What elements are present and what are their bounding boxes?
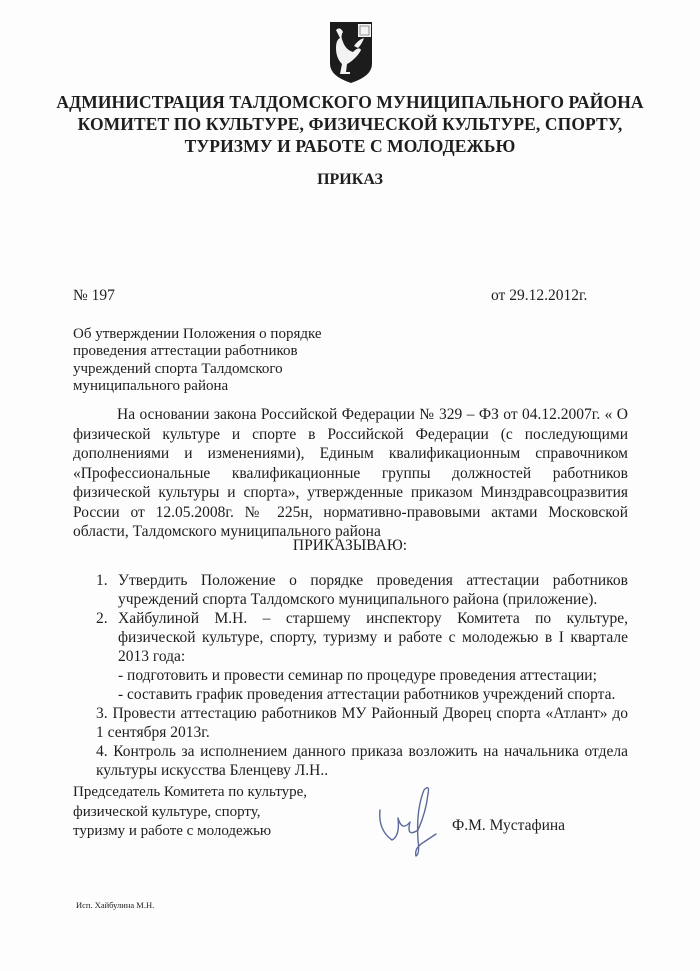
item-3-line: 1 сентября 2013г. xyxy=(96,723,628,742)
item-2-line: физической культуре, спорту, туризму и р… xyxy=(118,628,628,647)
preamble-line: «Профессиональные квалификационные групп… xyxy=(73,464,628,484)
handwritten-signature-icon xyxy=(376,782,448,858)
signatory-position: Председатель Комитета по культуре, физич… xyxy=(73,783,307,842)
list-item-1: Утвердить Положение о порядке проведения… xyxy=(118,571,628,609)
preamble-line: физической культуре и спорте в Российско… xyxy=(73,425,628,445)
document-page: АДМИНИСТРАЦИЯ ТАЛДОМСКОГО МУНИЦИПАЛЬНОГО… xyxy=(0,0,700,971)
preamble-paragraph: На основании закона Российской Федерации… xyxy=(73,405,628,542)
item-2-line: Хайбулиной М.Н. – старшему инспектору Ко… xyxy=(118,609,628,628)
subject-line: учреждений спорта Талдомского xyxy=(73,361,322,378)
item-1-line: Утвердить Положение о порядке проведения… xyxy=(118,571,628,590)
executor-note: Исп. Хайбулина М.Н. xyxy=(76,900,154,910)
order-subject: Об утверждении Положения о порядке прове… xyxy=(73,326,322,395)
position-line: Председатель Комитета по культуре, xyxy=(73,783,307,803)
header-line-committee-cont: ТУРИЗМУ И РАБОТЕ С МОЛОДЕЖЬЮ xyxy=(40,135,660,157)
list-item-3: 3. Провести аттестацию работников МУ Рай… xyxy=(96,704,628,742)
preamble-line: физической культуры и спорта», утвержден… xyxy=(73,483,628,503)
order-date: от 29.12.2012г. xyxy=(491,287,587,304)
list-item-2: Хайбулиной М.Н. – старшему инспектору Ко… xyxy=(118,609,628,704)
header-line-committee: КОМИТЕТ ПО КУЛЬТУРЕ, ФИЗИЧЕСКОЙ КУЛЬТУРЕ… xyxy=(40,113,660,135)
position-line: физической культуре, спорту, xyxy=(73,803,307,823)
taldom-coat-of-arms-icon xyxy=(328,20,374,84)
subject-line: Об утверждении Положения о порядке xyxy=(73,326,322,343)
list-item-4: 4. Контроль за исполнением данного прика… xyxy=(96,742,628,780)
item-4-line: культуры искусства Бленцеву Л.Н.. xyxy=(96,761,628,780)
item-4-line: 4. Контроль за исполнением данного прика… xyxy=(96,742,628,761)
item-2-subtask: - подготовить и провести семинар по проц… xyxy=(118,666,628,685)
preamble-line: На основании закона Российской Федерации… xyxy=(73,405,628,425)
subject-line: муниципального района xyxy=(73,378,322,395)
item-1-line: учреждений спорта Талдомского муниципаль… xyxy=(118,590,628,609)
order-word: ПРИКАЗЫВАЮ: xyxy=(0,537,700,555)
header-line-administration: АДМИНИСТРАЦИЯ ТАЛДОМСКОГО МУНИЦИПАЛЬНОГО… xyxy=(40,91,660,113)
signatory-name: Ф.М. Мустафина xyxy=(452,817,565,835)
item-2-subtask: - составить график проведения аттестации… xyxy=(118,685,628,704)
position-line: туризму и работе с молодежью xyxy=(73,822,307,842)
doc-type-title: ПРИКАЗ xyxy=(0,171,700,189)
item-2-number: 2. xyxy=(96,609,108,628)
item-3-line: 3. Провести аттестацию работников МУ Рай… xyxy=(96,704,628,723)
subject-line: проведения аттестации работников xyxy=(73,343,322,360)
item-2-line: 2013 года: xyxy=(118,647,628,666)
order-number: № 197 xyxy=(73,287,115,304)
preamble-line: России от 12.05.2008г. № 225н, нормативн… xyxy=(73,503,628,523)
preamble-line: дополнениями и изменениями), Единым квал… xyxy=(73,444,628,464)
item-1-number: 1. xyxy=(96,571,108,590)
